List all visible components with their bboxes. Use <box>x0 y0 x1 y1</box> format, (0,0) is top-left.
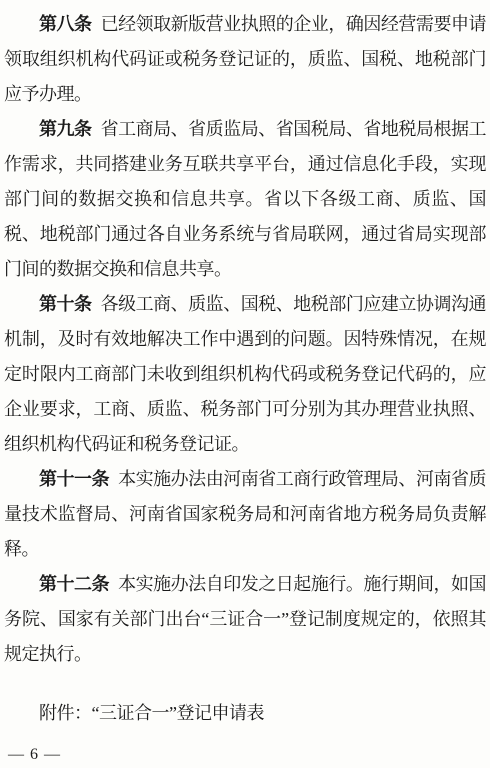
attachment-line: 附件：“三证合一”登记申请表 <box>4 696 486 731</box>
article-number: 第九条 <box>39 119 92 139</box>
article-paragraph: 第八条已经领取新版营业执照的企业，确因经营需要申请领取组织机构代码证或税务登记证… <box>4 7 486 112</box>
document-body: 第八条已经领取新版营业执照的企业，确因经营需要申请领取组织机构代码证或税务登记证… <box>4 7 486 731</box>
article-number: 第八条 <box>39 14 92 34</box>
article-paragraph: 第九条省工商局、省质监局、省国税局、省地税局根据工作需求，共同搭建业务互联共享平… <box>4 112 486 287</box>
article-text: 各级工商、质监、国税、地税部门应建立协调沟通机制，及时有效地解决工作中遇到的问题… <box>4 294 486 454</box>
article-number: 第十二条 <box>39 574 109 594</box>
page-number: — 6 — <box>4 746 486 764</box>
article-paragraph: 第十二条本实施办法自印发之日起施行。施行期间，如国务院、国家有关部门出台“三证合… <box>4 567 486 672</box>
article-paragraph: 第十一条本实施办法由河南省工商行政管理局、河南省质量技术监督局、河南省国家税务局… <box>4 462 486 567</box>
article-number: 第十条 <box>39 294 92 314</box>
article-paragraph: 第十条各级工商、质监、国税、地税部门应建立协调沟通机制，及时有效地解决工作中遇到… <box>4 287 486 462</box>
document-page: 第八条已经领取新版营业执照的企业，确因经营需要申请领取组织机构代码证或税务登记证… <box>0 0 490 768</box>
article-text: 省工商局、省质监局、省国税局、省地税局根据工作需求，共同搭建业务互联共享平台，通… <box>4 119 486 279</box>
article-number: 第十一条 <box>39 469 109 489</box>
